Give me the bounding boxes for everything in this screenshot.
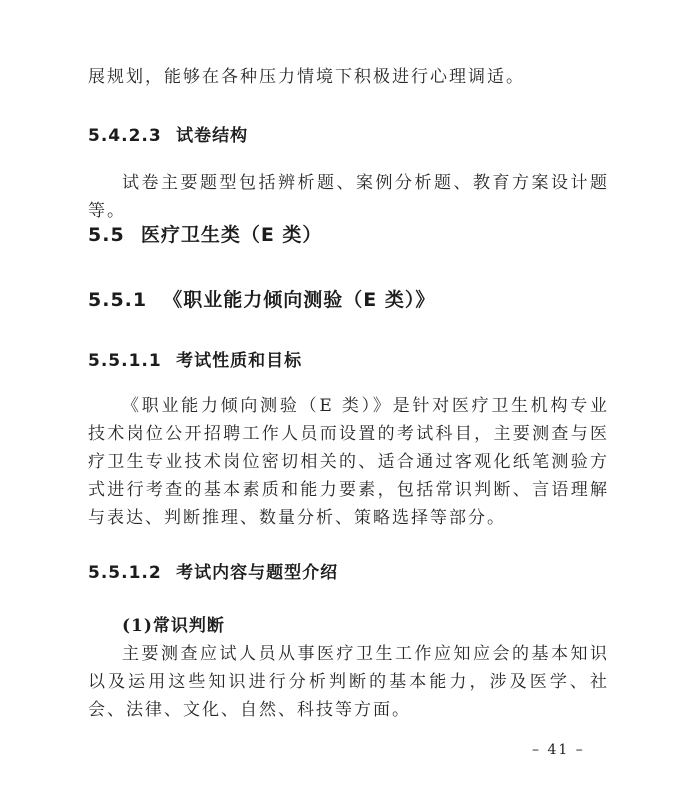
document-page: 展规划，能够在各种压力情境下积极进行心理调适。 5.4.2.3试卷结构 试卷主要…	[0, 0, 681, 799]
section-heading-551: 5.5.1《职业能力倾向测验（E 类）》	[88, 285, 609, 312]
section-heading-5511: 5.5.1.1考试性质和目标	[88, 346, 609, 371]
section-number: 5.5.1.2	[88, 563, 162, 583]
paragraph-exam-structure: 试卷主要题型包括辨析题、案例分析题、教育方案设计题等。	[88, 169, 609, 225]
section-title: 考试性质和目标	[176, 351, 302, 371]
continuation-paragraph: 展规划，能够在各种压力情境下积极进行心理调适。	[88, 63, 609, 91]
section-heading-5423: 5.4.2.3试卷结构	[88, 121, 609, 146]
section-number: 5.5.1	[88, 289, 147, 311]
subsection-label-changshi: (1)常识判断	[88, 611, 609, 636]
section-heading-5512: 5.5.1.2考试内容与题型介绍	[88, 558, 609, 583]
paragraph-exam-nature: 《职业能力倾向测验（E 类）》是针对医疗卫生机构专业技术岗位公开招聘工作人员而设…	[88, 392, 609, 532]
section-number: 5.5.1.1	[88, 351, 162, 371]
section-title: 考试内容与题型介绍	[176, 563, 338, 583]
section-title: 试卷结构	[176, 126, 248, 146]
section-number: 5.5	[88, 224, 125, 246]
section-title: 《职业能力倾向测验（E 类）》	[163, 289, 435, 311]
section-number: 5.4.2.3	[88, 126, 162, 146]
section-heading-55: 5.5医疗卫生类（E 类）	[88, 220, 609, 247]
section-title: 医疗卫生类（E 类）	[141, 224, 323, 246]
page-number: – 41 –	[532, 742, 585, 758]
paragraph-changshi: 主要测查应试人员从事医疗卫生工作应知应会的基本知识以及运用这些知识进行分析判断的…	[88, 640, 609, 724]
